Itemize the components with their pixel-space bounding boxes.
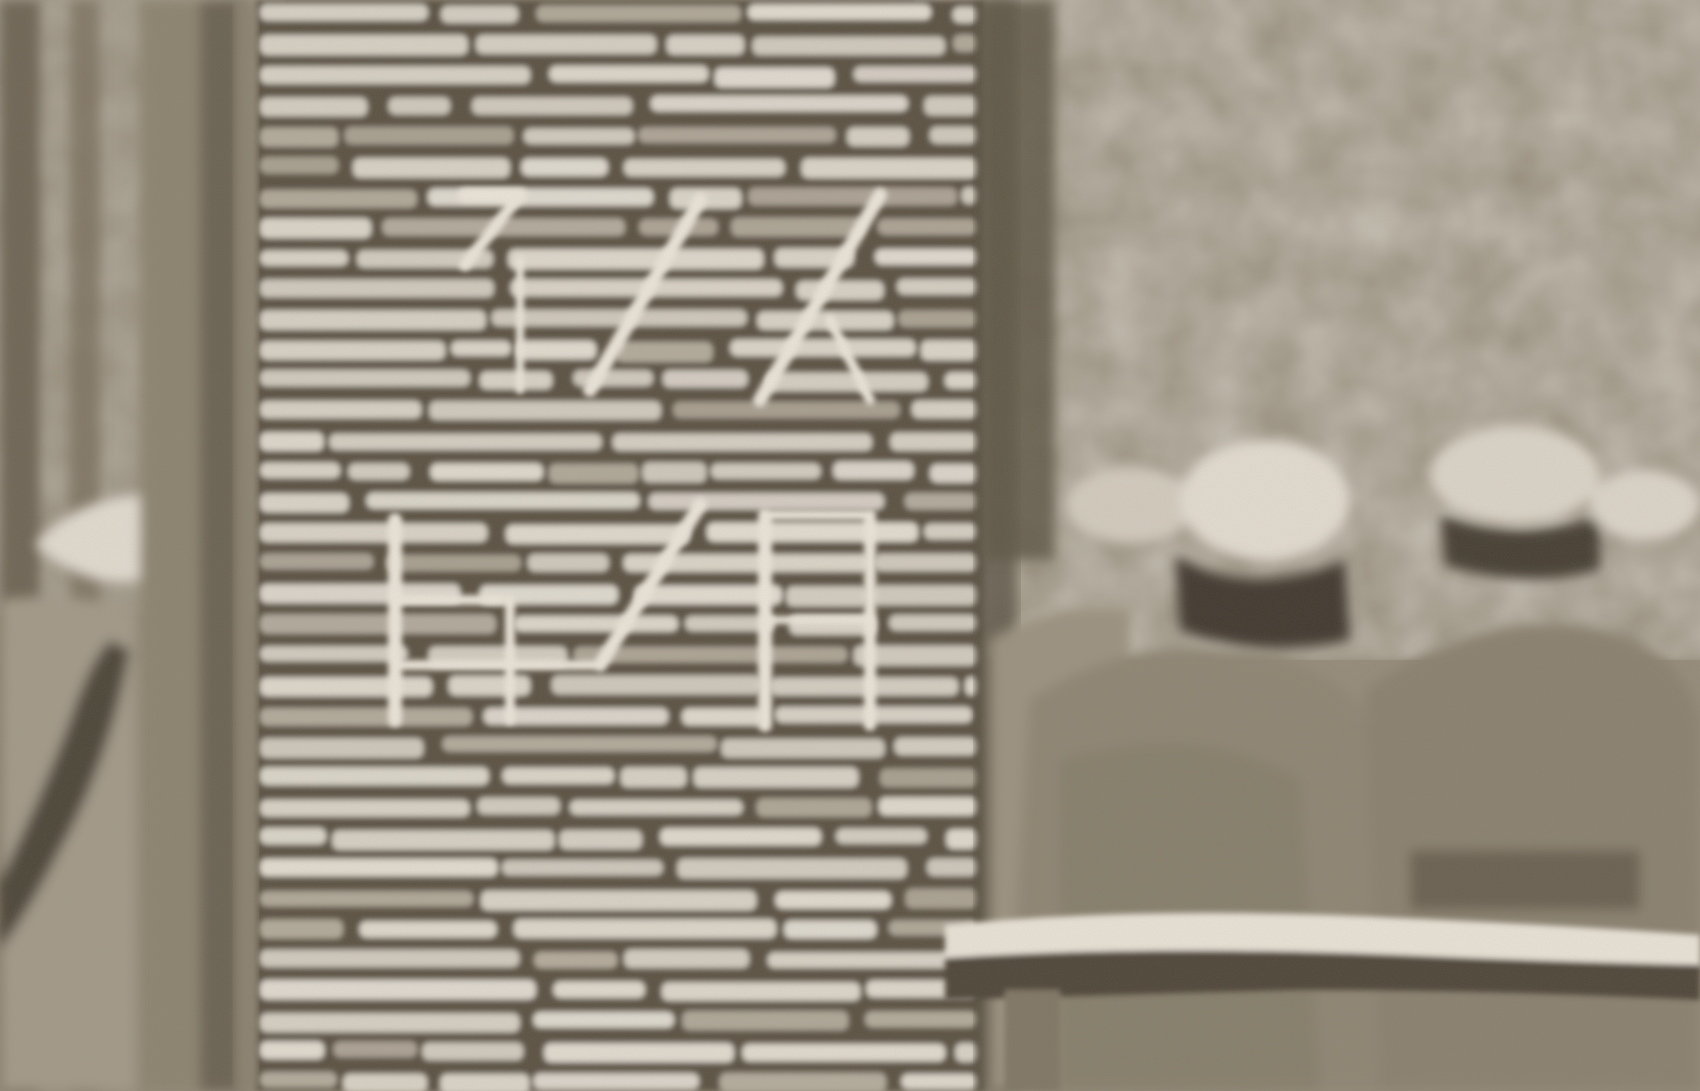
sepia-photograph: Vintage sepia photograph: a log wall bui… bbox=[0, 0, 1700, 1091]
photo-scene bbox=[0, 0, 1700, 1091]
film-grain bbox=[0, 0, 1700, 1091]
